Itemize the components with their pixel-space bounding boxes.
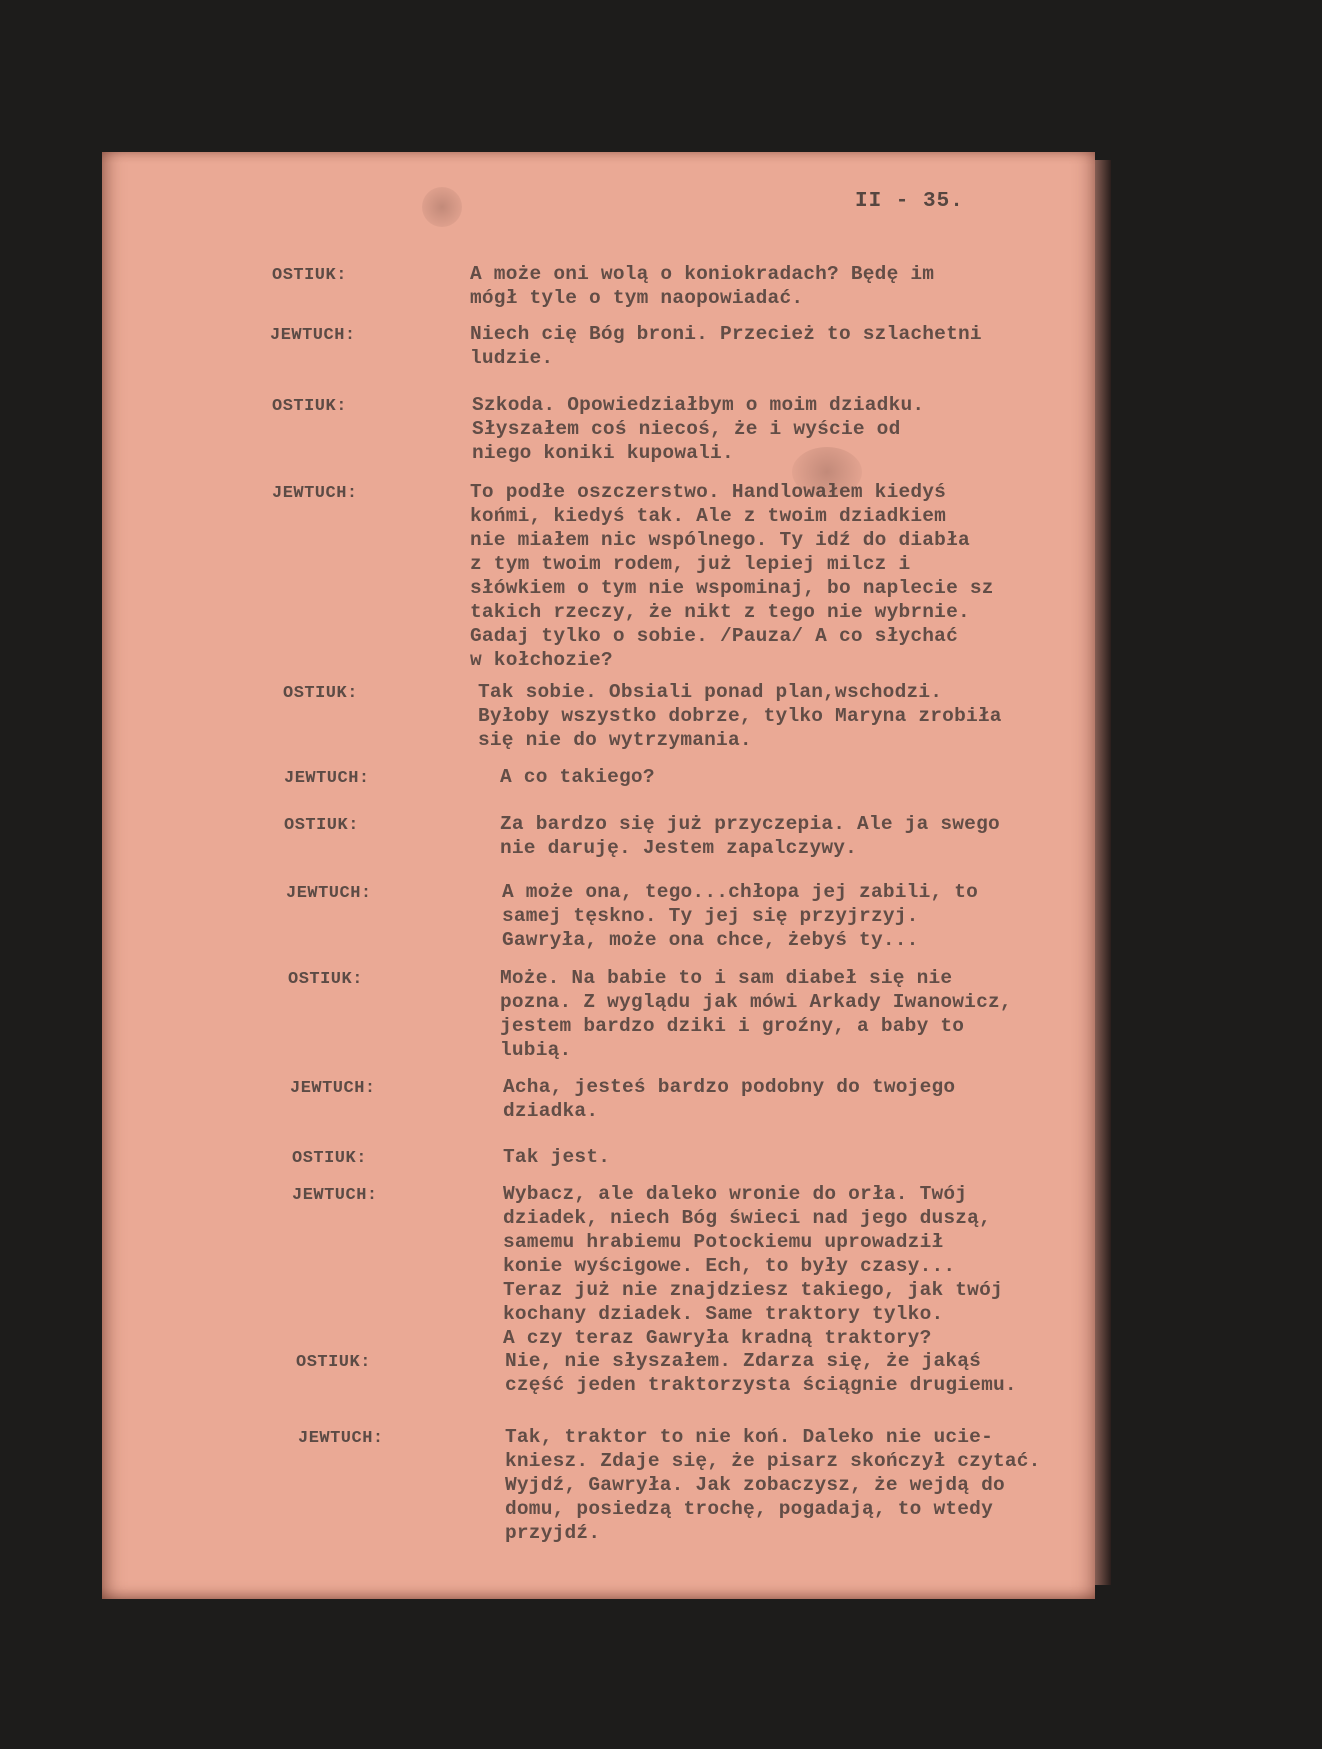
speech-text: A może oni wolą o koniokradach? Będę im … <box>470 262 934 310</box>
speech-text: Za bardzo się już przyczepia. Ale ja swe… <box>500 812 1000 860</box>
speech-text: Tak sobie. Obsiali ponad plan,wschodzi. … <box>478 680 1002 752</box>
speaker-label: JEWTUCH: <box>290 1079 376 1098</box>
speech-text: Szkoda. Opowiedziałbym o moim dziadku. S… <box>472 393 924 465</box>
speech-text: A może ona, tego...chłopa jej zabili, to… <box>502 880 978 952</box>
speaker-label: JEWTUCH: <box>272 484 358 503</box>
speech-text: Tak, traktor to nie koń. Daleko nie ucie… <box>505 1425 1041 1545</box>
speaker-label: JEWTUCH: <box>298 1429 384 1448</box>
speaker-label: OSTIUK: <box>288 970 363 989</box>
speech-text: A co takiego? <box>500 765 655 789</box>
page-number: II - 35. <box>855 190 964 213</box>
speaker-label: JEWTUCH: <box>284 769 370 788</box>
speaker-label: OSTIUK: <box>272 266 347 285</box>
speaker-label: OSTIUK: <box>292 1149 367 1168</box>
speaker-label: OSTIUK: <box>284 816 359 835</box>
speech-text: Tak jest. <box>503 1145 610 1169</box>
speech-text: To podłe oszczerstwo. Handlowałem kiedyś… <box>470 480 994 672</box>
ink-smudge <box>422 187 462 227</box>
speech-text: Może. Na babie to i sam diabeł się nie p… <box>500 966 1012 1062</box>
speaker-label: JEWTUCH: <box>292 1186 378 1205</box>
speech-text: Nie, nie słyszałem. Zdarza się, że jakąś… <box>505 1349 1017 1397</box>
speech-text: Acha, jesteś bardzo podobny do twojego d… <box>503 1075 955 1123</box>
speaker-label: OSTIUK: <box>272 397 347 416</box>
speaker-label: OSTIUK: <box>296 1353 371 1372</box>
speaker-label: JEWTUCH: <box>286 884 372 903</box>
speaker-label: JEWTUCH: <box>270 326 356 345</box>
speech-text: Niech cię Bóg broni. Przecież to szlache… <box>470 322 982 370</box>
speech-text: Wybacz, ale daleko wronie do orła. Twój … <box>503 1182 1003 1350</box>
speaker-label: OSTIUK: <box>283 684 358 703</box>
